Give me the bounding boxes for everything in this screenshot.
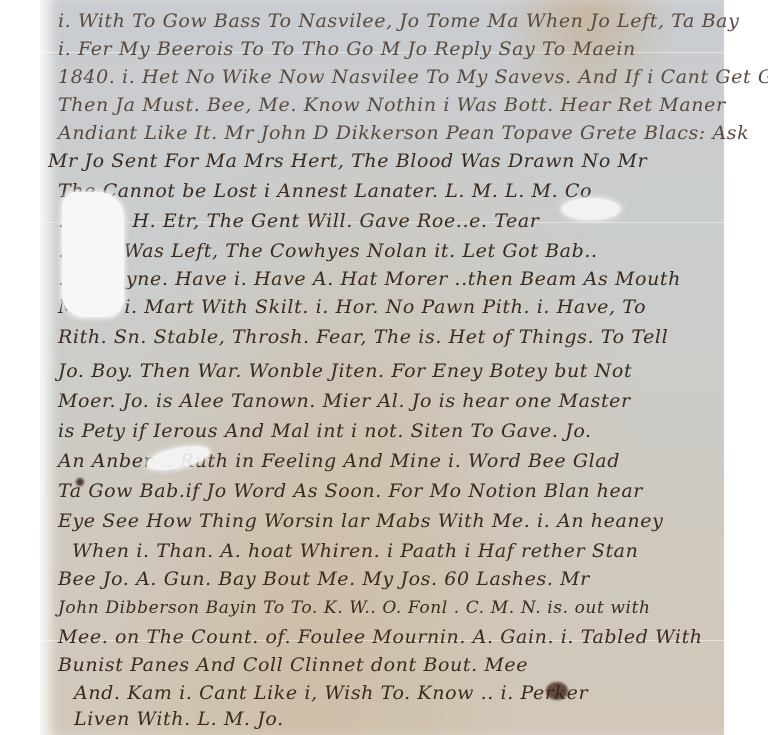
page-edge-shadow: [20, 0, 56, 735]
letter-line-8: ..ea. F. H. Etr, The Gent Will. Gave Roe…: [58, 210, 718, 232]
letter-line-7: The Cannot be Lost i Annest Lanater. L. …: [58, 180, 718, 202]
paper-hole-right: [562, 198, 620, 220]
letter-line-22: Mee. on The Count. of. Foulee Mournin. A…: [58, 626, 718, 648]
letter-line-5: Andiant Like It. Mr John D Dikkerson Pea…: [58, 122, 718, 144]
letter-line-6: Mr Jo Sent For Ma Mrs Hert, The Blood Wa…: [48, 150, 708, 172]
letter-line-10: ..ot. Alyne. Have i. Have A. Hat Morer .…: [58, 268, 718, 290]
letter-line-23: Bunist Panes And Coll Clinnet dont Bout.…: [58, 654, 718, 676]
letter-line-24: And. Kam i. Cant Like i, Wish To. Know .…: [74, 682, 734, 704]
letter-line-20: Bee Jo. A. Gun. Bay Bout Me. My Jos. 60 …: [58, 568, 718, 590]
ink-blot: [76, 478, 84, 486]
letter-line-17: Ta Gow Bab.if Jo Word As Soon. For Mo No…: [58, 480, 718, 502]
letter-line-14: Moer. Jo. is Alee Tanown. Mier Al. Jo is…: [58, 390, 718, 412]
letter-line-21: John Dibberson Bayin To To. K. W.. O. Fo…: [58, 598, 718, 618]
letter-line-15: is Pety if Ierous And Mal int i not. Sit…: [58, 420, 718, 442]
letter-line-18: Eye See How Thing Worsin lar Mabs With M…: [58, 510, 718, 532]
letter-line-9: ..then Was Left, The Cowhyes Nolan it. L…: [58, 240, 718, 262]
letter-line-11: Maut. i. Mart With Skilt. i. Hor. No Paw…: [58, 296, 718, 318]
ink-blot: [546, 682, 568, 700]
letter-line-1: i. With To Gow Bass To Nasvilee, Jo Tome…: [58, 10, 718, 32]
letter-line-3: 1840. i. Het No Wike Now Nasvilee To My …: [58, 66, 718, 88]
letter-line-12: Rith. Sn. Stable, Throsh. Fear, The is. …: [58, 326, 718, 348]
letter-line-13: Jo. Boy. Then War. Wonble Jiten. For Ene…: [58, 360, 718, 382]
letter-line-2: i. Fer My Beerois To To Tho Go M Jo Repl…: [58, 38, 718, 60]
letter-line-19: When i. Than. A. hoat Whiren. i Paath i …: [72, 540, 732, 562]
letter-line-25: Liven With. L. M. Jo.: [74, 708, 734, 730]
letter-line-4: Then Ja Must. Bee, Me. Know Nothin i Was…: [58, 94, 718, 116]
paper-hole-left: [62, 192, 124, 317]
